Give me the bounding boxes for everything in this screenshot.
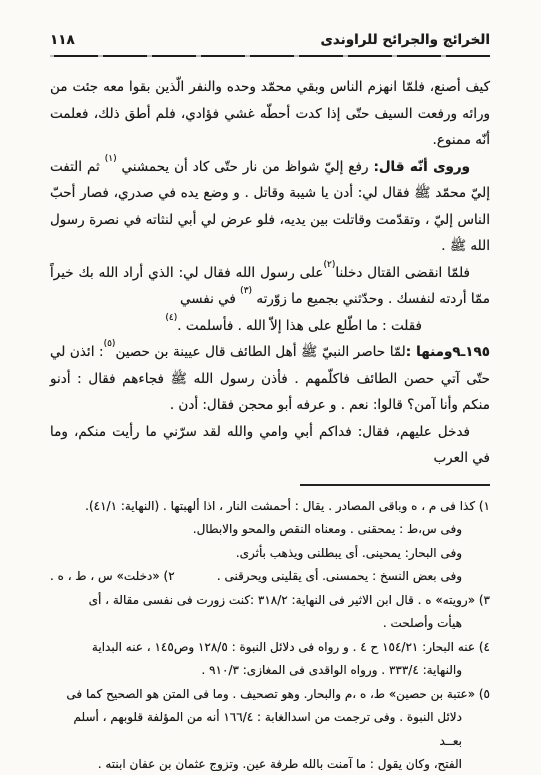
page-header: الخرائج والجرائح للراوندى ١١٨ [50,30,490,50]
body-paragraph: كيف أصنع، فلمّا انهزم الناس وبقي محمّد و… [50,74,490,154]
footnote-ref: (٥) [104,339,116,349]
footnote-text: هيأت وأصلحت . [383,616,462,630]
footnote-line: ٤) عنه البحار: ١٥٤/٢١ ح ٤ . و رواه فى دل… [50,636,490,660]
footnote-text: وفى س،ط : يمحقنى . ومعناه النقص والمحو و… [193,522,462,536]
footnote-ref: (٢) [323,260,335,270]
footnote-line: ٣) «رويته» ه . قال ابن الاثير فى النهاية… [50,589,490,613]
footnote-text: ٥) «عتبة بن حصين» ط، ه ،م والبحار. وهو ت… [66,687,490,701]
paragraph-text: في نفسي [180,291,240,307]
footnote-text: ٣) «رويته» ه . قال ابن الاثير فى النهاية… [89,593,490,607]
paragraph-lead: ١٩٥ـ٩ومنها : [406,344,490,360]
footnote-line: هيأت وأصلحت . [50,612,490,636]
paragraph-text: فدخل عليهم، فقال: فداكم أبي وامي والله ل… [50,424,490,467]
footnote-line: دلائل النبوة . وفى ترجمت من اسدالغابة : … [50,706,490,753]
footnote-line: ٥) «عتبة بن حصين» ط، ه ،م والبحار. وهو ت… [50,683,490,707]
paragraph-text: لمّا حاصر النبيّ ﷺ أهل الطائف قال عيينة … [115,344,405,360]
paragraph-lead: وروى أنّه قال: [373,159,470,175]
body-paragraph: فقلت : ما اطّلع على هذا إلاّ الله . فأسل… [50,313,490,340]
footnote-text: وفى البحار: يمحينى. أى يبطلنى ويذهب بأثر… [236,546,462,560]
paragraph-text: رفع إليّ شواظ من نار حتّى كاد أن يحمشني [117,159,374,175]
footnote-text: وفى بعض النسخ : يحمسنى. أى يقلينى ويحرقن… [217,565,462,589]
footnote-text: ٢) «دخلت» س ، ط ، ه . [50,565,175,589]
footnote-line: وفى البحار: يمحينى. أى يبطلنى ويذهب بأثر… [50,542,490,566]
footnote-text: ١) كذا فى م ، ه وباقى المصادر . يقال : أ… [85,499,490,513]
footnote-ref: (٣) [240,286,252,296]
footnote-line: وفى بعض النسخ : يحمسنى. أى يقلينى ويحرقن… [50,565,490,589]
body-text: كيف أصنع، فلمّا انهزم الناس وبقي محمّد و… [50,74,490,472]
footnotes-list: ١) كذا فى م ، ه وباقى المصادر . يقال : أ… [50,495,490,775]
body-paragraph: فدخل عليهم، فقال: فداكم أبي وامي والله ل… [50,419,490,472]
footnote-separator [300,484,490,486]
footnote-text: دلائل النبوة . وفى ترجمت من اسدالغابة : … [74,710,462,748]
paragraph-text: فلمّا انقضى القتال دخلنا [335,265,470,281]
footnote-line: والنهاية: ٣٣٣/٤ . ورواه الواقدى فى المغا… [50,659,490,683]
footnote-ref: (٤) [165,313,177,323]
footnote-line: ١) كذا فى م ، ه وباقى المصادر . يقال : أ… [50,495,490,519]
body-paragraph: ١٩٥ـ٩ومنها :لمّا حاصر النبيّ ﷺ أهل الطائ… [50,339,490,419]
scanned-book-page: الخرائج والجرائح للراوندى ١١٨ كيف أصنع، … [0,0,541,775]
body-paragraph: فلمّا انقضى القتال دخلنا(٢)على رسول الله… [50,260,490,313]
footnote-line: الفتح، وكان يقول : ما آمنت بالله طرفة عي… [50,753,490,775]
page-number: ١١٨ [50,30,75,50]
body-paragraph: وروى أنّه قال: رفع إليّ شواظ من نار حتّى… [50,154,490,260]
book-title: الخرائج والجرائح للراوندى [320,30,490,50]
paragraph-text: فقلت : ما اطّلع على هذا إلاّ الله . فأسل… [177,318,422,334]
footnote-text: والنهاية: ٣٣٣/٤ . ورواه الواقدى فى المغا… [201,663,462,677]
footnote-text: ٤) عنه البحار: ١٥٤/٢١ ح ٤ . و رواه فى دل… [92,640,490,654]
header-rule [50,55,490,57]
paragraph-text: كيف أصنع، فلمّا انهزم الناس وبقي محمّد و… [50,79,490,148]
footnote-ref: (١) [105,154,117,164]
footnote-line: وفى س،ط : يمحقنى . ومعناه النقص والمحو و… [50,518,490,542]
footnote-text: الفتح، وكان يقول : ما آمنت بالله طرفة عي… [98,757,462,771]
